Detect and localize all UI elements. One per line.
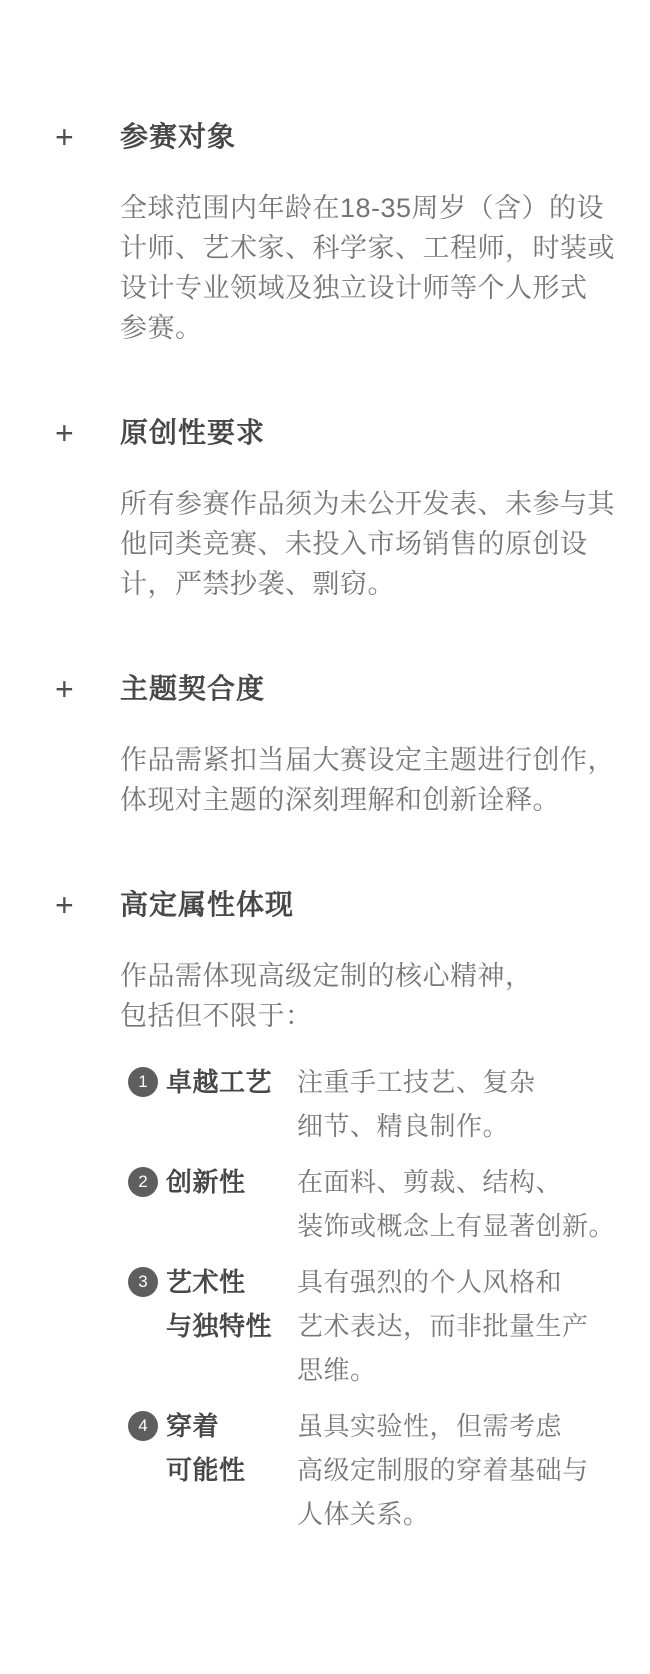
section-body: 全球范围内年龄在18-35周岁（含）的设 计师、艺术家、科学家、工程师，时装或 … [120,188,625,348]
criteria-description: 虽具实验性，但需考虑 高级定制服的穿着基础与 人体关系。 [297,1404,625,1536]
criteria-label: 艺术性 与独特性 [166,1260,274,1348]
section-title: 原创性要求 [120,414,625,452]
section-toggle[interactable]: + [55,886,120,924]
section-body: 作品需紧扣当届大赛设定主题进行创作， 体现对主题的深刻理解和创新诠释。 [120,740,625,820]
section-title: 主题契合度 [120,670,625,708]
section-toggle[interactable]: + [55,118,120,156]
number-badge: 4 [128,1411,158,1441]
section-title: 高定属性体现 [120,886,625,924]
section-participants: + 参赛对象 全球范围内年龄在18-35周岁（含）的设 计师、艺术家、科学家、工… [55,118,625,348]
criteria-item-artistry: 3 艺术性 与独特性 具有强烈的个人风格和 艺术表达，而非批量生产 思维。 [120,1260,625,1392]
section-toggle[interactable]: + [55,670,120,708]
section-originality: + 原创性要求 所有参赛作品须为未公开发表、未参与其 他同类竞赛、未投入市场销售… [55,414,625,604]
number-badge: 1 [128,1067,158,1097]
criteria-item-wearability: 4 穿着 可能性 虽具实验性，但需考虑 高级定制服的穿着基础与 人体关系。 [120,1404,625,1536]
plus-icon[interactable]: + [55,670,74,708]
section-content: 高定属性体现 作品需体现高级定制的核心精神， 包括但不限于： 1 卓越工艺 注重… [120,886,625,1548]
section-body: 所有参赛作品须为未公开发表、未参与其 他同类竞赛、未投入市场销售的原创设 计，严… [120,484,625,604]
criteria-list: 1 卓越工艺 注重手工技艺、复杂 细节、精良制作。 2 创新性 在面料、剪裁、结… [120,1060,625,1536]
criteria-item-innovation: 2 创新性 在面料、剪裁、结构、 装饰或概念上有显著创新。 [120,1160,625,1248]
plus-icon[interactable]: + [55,118,74,156]
competition-rules-page: + 参赛对象 全球范围内年龄在18-35周岁（含）的设 计师、艺术家、科学家、工… [55,118,625,1548]
criteria-label: 穿着 可能性 [166,1404,274,1492]
section-theme-fit: + 主题契合度 作品需紧扣当届大赛设定主题进行创作， 体现对主题的深刻理解和创新… [55,670,625,820]
number-badge: 3 [128,1267,158,1297]
section-content: 原创性要求 所有参赛作品须为未公开发表、未参与其 他同类竞赛、未投入市场销售的原… [120,414,625,604]
criteria-description: 注重手工技艺、复杂 细节、精良制作。 [297,1060,625,1148]
plus-icon[interactable]: + [55,886,74,924]
criteria-description: 在面料、剪裁、结构、 装饰或概念上有显著创新。 [297,1160,625,1248]
section-body: 作品需体现高级定制的核心精神， 包括但不限于： [120,956,625,1036]
section-toggle[interactable]: + [55,414,120,452]
section-title: 参赛对象 [120,118,625,156]
plus-icon[interactable]: + [55,414,74,452]
section-content: 主题契合度 作品需紧扣当届大赛设定主题进行创作， 体现对主题的深刻理解和创新诠释… [120,670,625,820]
number-badge: 2 [128,1167,158,1197]
criteria-item-craftsmanship: 1 卓越工艺 注重手工技艺、复杂 细节、精良制作。 [120,1060,625,1148]
section-couture-attributes: + 高定属性体现 作品需体现高级定制的核心精神， 包括但不限于： 1 卓越工艺 … [55,886,625,1548]
criteria-description: 具有强烈的个人风格和 艺术表达，而非批量生产 思维。 [297,1260,625,1392]
section-content: 参赛对象 全球范围内年龄在18-35周岁（含）的设 计师、艺术家、科学家、工程师… [120,118,625,348]
criteria-label: 创新性 [166,1160,274,1204]
criteria-label: 卓越工艺 [166,1060,274,1104]
